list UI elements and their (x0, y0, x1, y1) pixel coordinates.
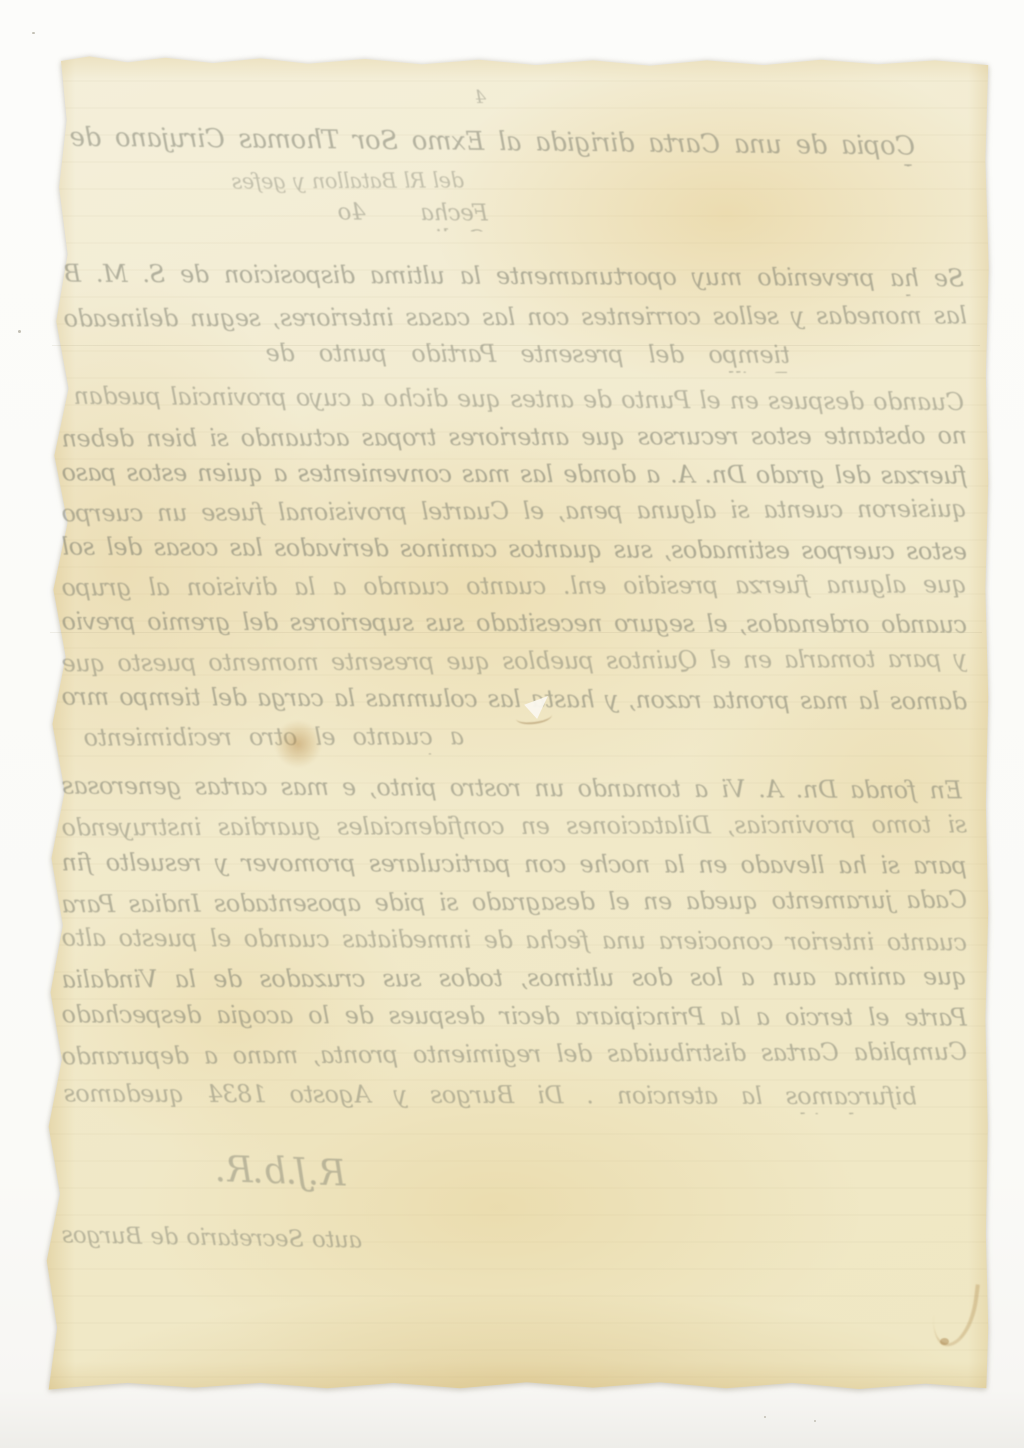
para3-line-6: que anima aun a los dos ultimos, todos s… (62, 963, 967, 997)
para2-line-7: cuando ordenados, el seguro necesitado s… (62, 608, 967, 642)
page-mark: 4 (458, 88, 486, 111)
para3-line-2: si tomo provincias, Dilataciones en conf… (62, 811, 967, 845)
para3-line-9: bifurcamos la atencion . Di Burgos y Ago… (64, 1081, 917, 1115)
scan-background: 4Copia de una Carta dirigida al Exmo Sor… (0, 0, 1024, 1448)
dust-speck (18, 330, 21, 333)
header-line-3: Fecha 4o Cadiz (338, 200, 488, 231)
dust-speck (764, 1416, 766, 1418)
para2-line-9: damos la mas pronta razon, y hasta las c… (62, 684, 967, 720)
signature-flourish: R.J.b.R. (197, 1149, 347, 1201)
header-line-2: del Rl Batallon y gefes (232, 169, 464, 198)
para2-line-1: Cuando despues en el Punto de antes que … (74, 383, 964, 420)
ink-layer: 4Copia de una Carta dirigida al Exmo Sor… (0, 0, 1024, 1448)
para3-line-5: cuanto interior conociera una fecha de i… (62, 925, 967, 961)
hook-stain-dot (940, 1338, 949, 1345)
para2-line-8: y para tomarla en el Quintos pueblos que… (62, 646, 967, 682)
header-line-1: Copia de una Carta dirigida al Exmo Sor … (70, 124, 915, 167)
para3-line-4: Cada juramento queda en el desagrado si … (62, 887, 967, 923)
para2-line-4: quisieron cuenta si alguna pena, el Cuar… (62, 496, 967, 532)
para1-line-2: las monedas y sellos corrientes con las … (64, 302, 967, 336)
signature-line: auto Secretario de Burgos (62, 1223, 362, 1258)
para3-line-1: En fonda Dn. A. Vi a tomando un rostro p… (62, 773, 962, 809)
para2-line-2: no obstante estos recursos que anteriore… (62, 422, 967, 456)
para2-line-3: fuerzas del grado Dn. A. a donde las mas… (62, 459, 967, 493)
para1-line-1: Se ha prevenido muy oportunamente la ult… (64, 261, 964, 297)
para2-line-5: estos cuerpos estimados, sus quantos cam… (62, 534, 967, 570)
dust-speck (814, 1420, 816, 1422)
brown-stain-spot (274, 720, 322, 768)
dust-speck (32, 32, 35, 34)
para2-line-6: que alguna fuerza presidio enl. cuanto c… (62, 571, 967, 605)
para3-line-8: Cumplida Cartas distribuidas del regimie… (62, 1039, 967, 1075)
para3-line-3: para si ha llevado en la noche con parti… (62, 849, 967, 883)
para3-line-7: Parte el tercio a la Principiara decir d… (62, 1001, 967, 1035)
para1-line-3: tiempo del presente Partido punto de Bet… (266, 340, 790, 373)
